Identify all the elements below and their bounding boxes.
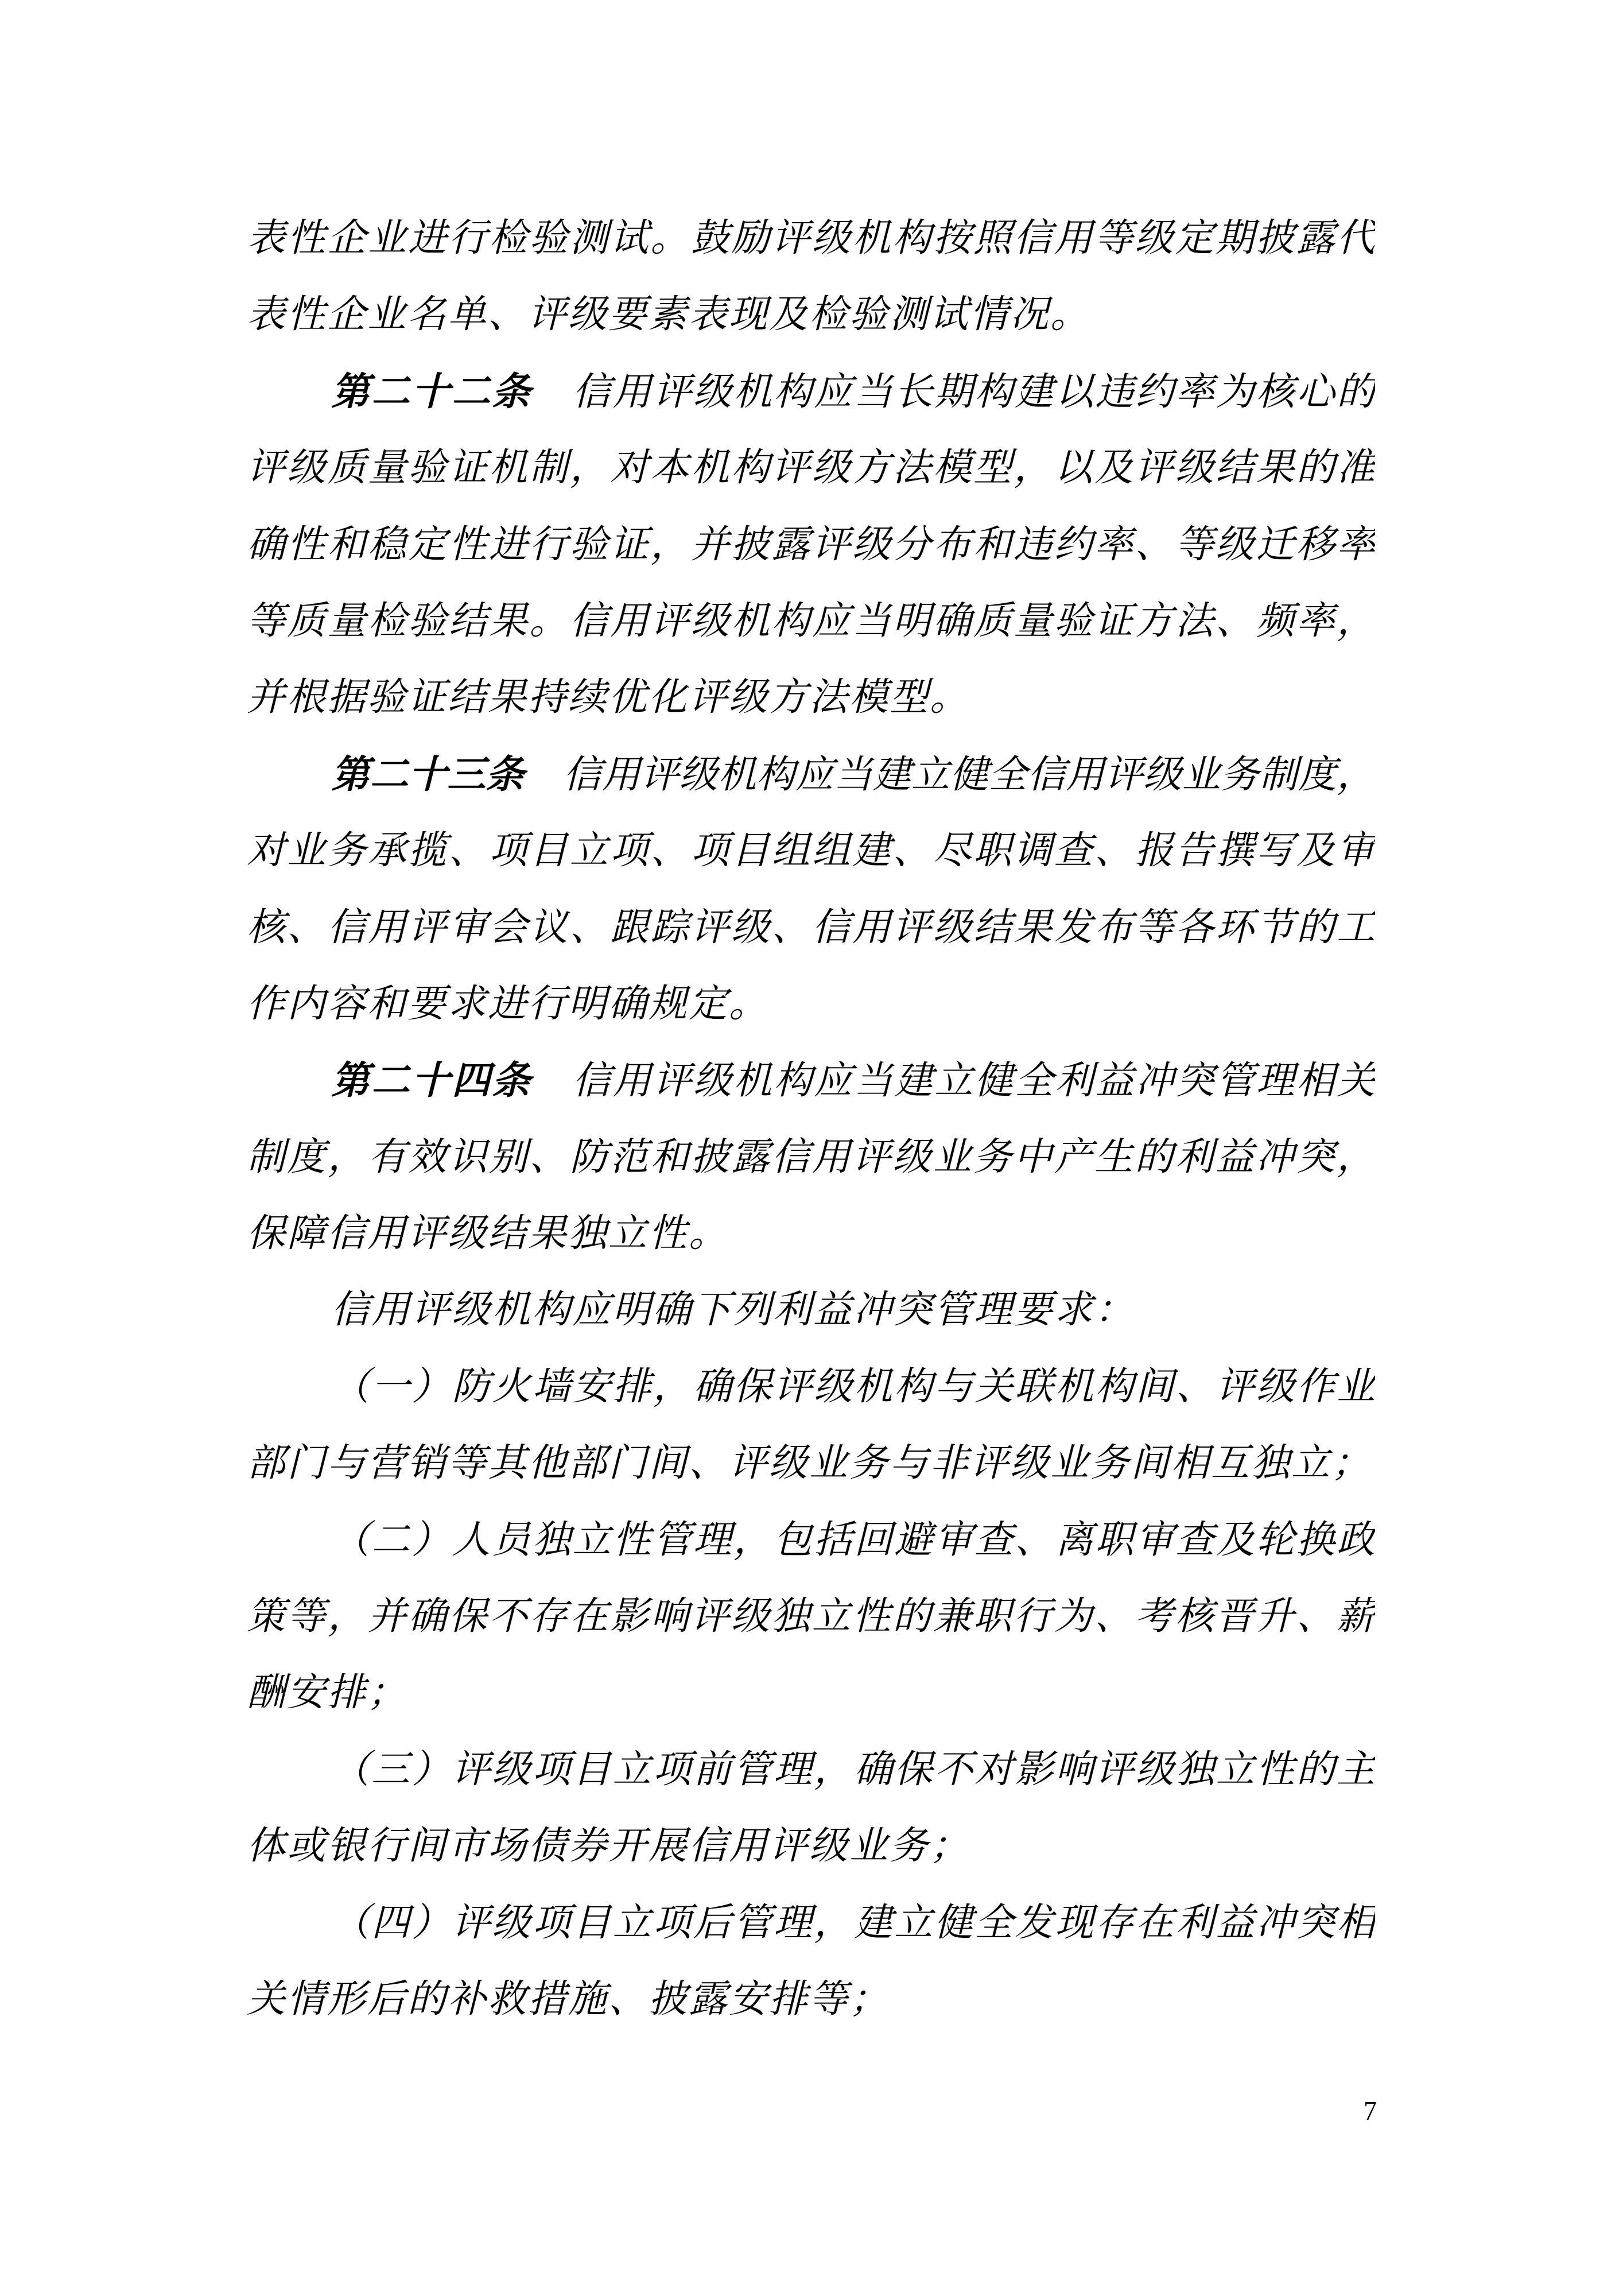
text-line: 作内容和要求进行明确规定。	[247, 966, 1375, 1042]
line-text: 等质量检验结果。信用评级机构应当明确质量验证方法、频率，	[247, 600, 1375, 642]
text-line: 关情形后的补救措施、披露安排等；	[247, 1961, 1375, 2038]
text-line: 表性企业进行检验测试。鼓励评级机构按照信用等级定期披露代	[247, 200, 1375, 277]
article-number-prefix: 第二十三条	[331, 753, 525, 796]
line-text: （三）评级项目立项前管理，确保不对影响评级独立性的主	[331, 1748, 1375, 1791]
page-number: 7	[1364, 2096, 1377, 2126]
text-line: 第二十三条 信用评级机构应当建立健全信用评级业务制度，	[247, 736, 1375, 813]
text-line: （四）评级项目立项后管理，建立健全发现存在利益冲突相	[247, 1885, 1375, 1961]
line-text: 保障信用评级结果独立性。	[247, 1212, 729, 1255]
text-line: 策等，并确保不存在影响评级独立性的兼职行为、考核晋升、薪	[247, 1578, 1375, 1655]
line-text: 信用评级机构应当长期构建以违约率为核心的	[532, 371, 1375, 413]
line-text: 表性企业进行检验测试。鼓励评级机构按照信用等级定期披露代	[247, 217, 1375, 259]
text-line: 并根据验证结果持续优化评级方法模型。	[247, 660, 1375, 736]
text-line: 确性和稳定性进行验证，并披露评级分布和违约率、等级迁移率	[247, 507, 1375, 583]
line-text: （二）人员独立性管理，包括回避审查、离职审查及轮换政	[331, 1519, 1375, 1561]
text-line: 保障信用评级结果独立性。	[247, 1196, 1375, 1272]
line-text: 确性和稳定性进行验证，并披露评级分布和违约率、等级迁移率	[247, 523, 1375, 566]
article-number-prefix: 第二十四条	[331, 1059, 532, 1102]
line-text: 作内容和要求进行明确规定。	[247, 983, 769, 1025]
text-block: 表性企业进行检验测试。鼓励评级机构按照信用等级定期披露代表性企业名单、评级要素表…	[247, 200, 1375, 2038]
text-line: （三）评级项目立项前管理，确保不对影响评级独立性的主	[247, 1732, 1375, 1808]
line-text: 评级质量验证机制，对本机构评级方法模型，以及评级结果的准	[247, 447, 1375, 489]
text-line: 等质量检验结果。信用评级机构应当明确质量验证方法、频率，	[247, 583, 1375, 660]
text-line: （二）人员独立性管理，包括回避审查、离职审查及轮换政	[247, 1502, 1375, 1578]
text-line: 信用评级机构应明确下列利益冲突管理要求：	[247, 1272, 1375, 1348]
text-line: （一）防火墙安排，确保评级机构与关联机构间、评级作业	[247, 1349, 1375, 1425]
line-text: 关情形后的补救措施、披露安排等；	[247, 1978, 890, 2020]
line-text: 信用评级机构应当建立健全信用评级业务制度，	[525, 754, 1375, 796]
line-text: 信用评级机构应明确下列利益冲突管理要求：	[331, 1289, 1135, 1331]
line-text: 制度，有效识别、防范和披露信用评级业务中产生的利益冲突，	[247, 1136, 1375, 1178]
line-text: 酬安排；	[247, 1671, 407, 1714]
line-text: 部门与营销等其他部门间、评级业务与非评级业务间相互独立；	[247, 1442, 1372, 1484]
line-text: （一）防火墙安排，确保评级机构与关联机构间、评级作业	[331, 1366, 1375, 1408]
line-text: 表性企业名单、评级要素表现及检验测试情况。	[247, 293, 1090, 336]
text-line: 评级质量验证机制，对本机构评级方法模型，以及评级结果的准	[247, 430, 1375, 506]
line-text: 体或银行间市场债券开展信用评级业务；	[247, 1825, 970, 1867]
document-page: 表性企业进行检验测试。鼓励评级机构按照信用等级定期披露代表性企业名单、评级要素表…	[0, 0, 1623, 2296]
text-line: 核、信用评审会议、跟踪评级、信用评级结果发布等各环节的工	[247, 890, 1375, 966]
line-text: 信用评级机构应当建立健全利益冲突管理相关	[532, 1060, 1375, 1102]
text-line: 制度，有效识别、防范和披露信用评级业务中产生的利益冲突，	[247, 1119, 1375, 1196]
text-line: 对业务承揽、项目立项、项目组组建、尽职调查、报告撰写及审	[247, 813, 1375, 889]
line-text: 策等，并确保不存在影响评级独立性的兼职行为、考核晋升、薪	[247, 1595, 1375, 1638]
line-text: 核、信用评审会议、跟踪评级、信用评级结果发布等各环节的工	[247, 906, 1375, 949]
line-text: 对业务承揽、项目立项、项目组组建、尽职调查、报告撰写及审	[247, 829, 1375, 872]
text-line: 表性企业名单、评级要素表现及检验测试情况。	[247, 277, 1375, 353]
text-line: 第二十二条 信用评级机构应当长期构建以违约率为核心的	[247, 354, 1375, 430]
text-line: 第二十四条 信用评级机构应当建立健全利益冲突管理相关	[247, 1042, 1375, 1119]
line-text: （四）评级项目立项后管理，建立健全发现存在利益冲突相	[331, 1902, 1375, 1944]
text-line: 酬安排；	[247, 1655, 1375, 1731]
text-line: 体或银行间市场债券开展信用评级业务；	[247, 1808, 1375, 1884]
line-text: 并根据验证结果持续优化评级方法模型。	[247, 676, 970, 719]
text-line: 部门与营销等其他部门间、评级业务与非评级业务间相互独立；	[247, 1425, 1375, 1502]
article-number-prefix: 第二十二条	[331, 370, 532, 413]
